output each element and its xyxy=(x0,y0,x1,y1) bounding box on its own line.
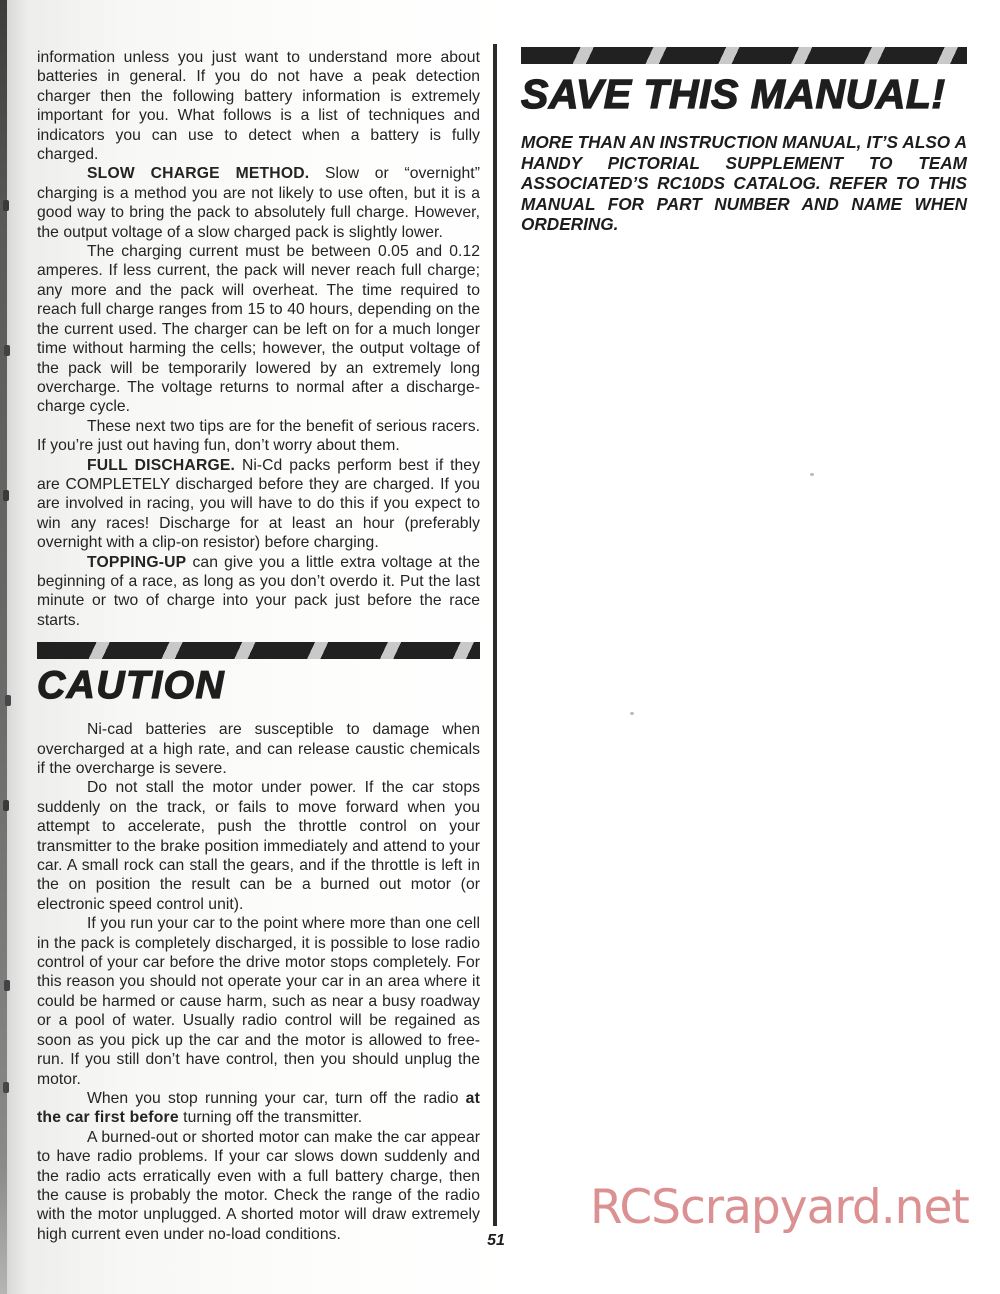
save-manual-body: MORE THAN AN INSTRUCTION MANUAL, IT’S AL… xyxy=(521,132,967,235)
paragraph: TOPPING-UP can give you a little extra v… xyxy=(37,553,480,631)
paragraph: A burned-out or shorted motor can make t… xyxy=(37,1128,480,1244)
caution-title: CAUTION xyxy=(37,666,480,705)
paragraph: The charging current must be between 0.0… xyxy=(37,242,480,417)
paragraph: information unless you just want to unde… xyxy=(37,48,480,164)
caution-section: CAUTION Ni-cad batteries are susceptible… xyxy=(37,642,480,1244)
scan-edge-shadow xyxy=(0,0,7,1294)
text-run: These next two tips are for the benefit … xyxy=(37,418,480,454)
paragraph: SLOW CHARGE METHOD. Slow or “overnight” … xyxy=(37,164,480,242)
text-run: Ni-cad batteries are susceptible to dama… xyxy=(37,721,480,777)
save-manual-title: SAVE THIS MANUAL! xyxy=(521,74,967,115)
text-run: Do not stall the motor under power. If t… xyxy=(37,779,480,912)
left-column: information unless you just want to unde… xyxy=(37,48,480,1244)
watermark: RCScrapyard.net xyxy=(590,1184,969,1231)
text-run: The charging current must be between 0.0… xyxy=(37,243,480,415)
right-column: SAVE THIS MANUAL! MORE THAN AN INSTRUCTI… xyxy=(521,47,967,235)
text-run: When you stop running your car, turn off… xyxy=(87,1090,466,1107)
paragraph: Do not stall the motor under power. If t… xyxy=(37,778,480,914)
text-run: turning off the transmitter. xyxy=(179,1109,362,1126)
bold-text-run: FULL DISCHARGE. xyxy=(87,457,235,474)
paragraph-list: information unless you just want to unde… xyxy=(37,48,480,630)
paragraph-list: Ni-cad batteries are susceptible to dama… xyxy=(37,720,480,1244)
bold-text-run: SLOW CHARGE METHOD. xyxy=(87,165,309,182)
hazard-stripe-banner xyxy=(37,642,480,659)
paragraph: These next two tips are for the benefit … xyxy=(37,417,480,456)
bold-text-run: TOPPING-UP xyxy=(87,554,186,571)
text-run: A burned-out or shorted motor can make t… xyxy=(37,1129,480,1243)
column-divider xyxy=(493,44,497,1226)
scan-artifact-ticks xyxy=(3,200,9,211)
paragraph: When you stop running your car, turn off… xyxy=(37,1089,480,1128)
hazard-stripe-banner xyxy=(521,47,967,64)
scan-speck xyxy=(630,712,634,715)
page-number: 51 xyxy=(478,1232,514,1250)
text-run: information unless you just want to unde… xyxy=(37,49,480,163)
save-manual-section: SAVE THIS MANUAL! MORE THAN AN INSTRUCTI… xyxy=(521,47,967,235)
paragraph: If you run your car to the point where m… xyxy=(37,914,480,1089)
text-run: If you run your car to the point where m… xyxy=(37,915,480,1087)
paragraph: FULL DISCHARGE. Ni-Cd packs perform best… xyxy=(37,456,480,553)
scan-speck xyxy=(810,473,814,476)
battery-info-section: information unless you just want to unde… xyxy=(37,48,480,630)
paragraph: Ni-cad batteries are susceptible to dama… xyxy=(37,720,480,778)
scanned-manual-page: { "page": { "number": "51", "watermark":… xyxy=(0,0,1000,1294)
